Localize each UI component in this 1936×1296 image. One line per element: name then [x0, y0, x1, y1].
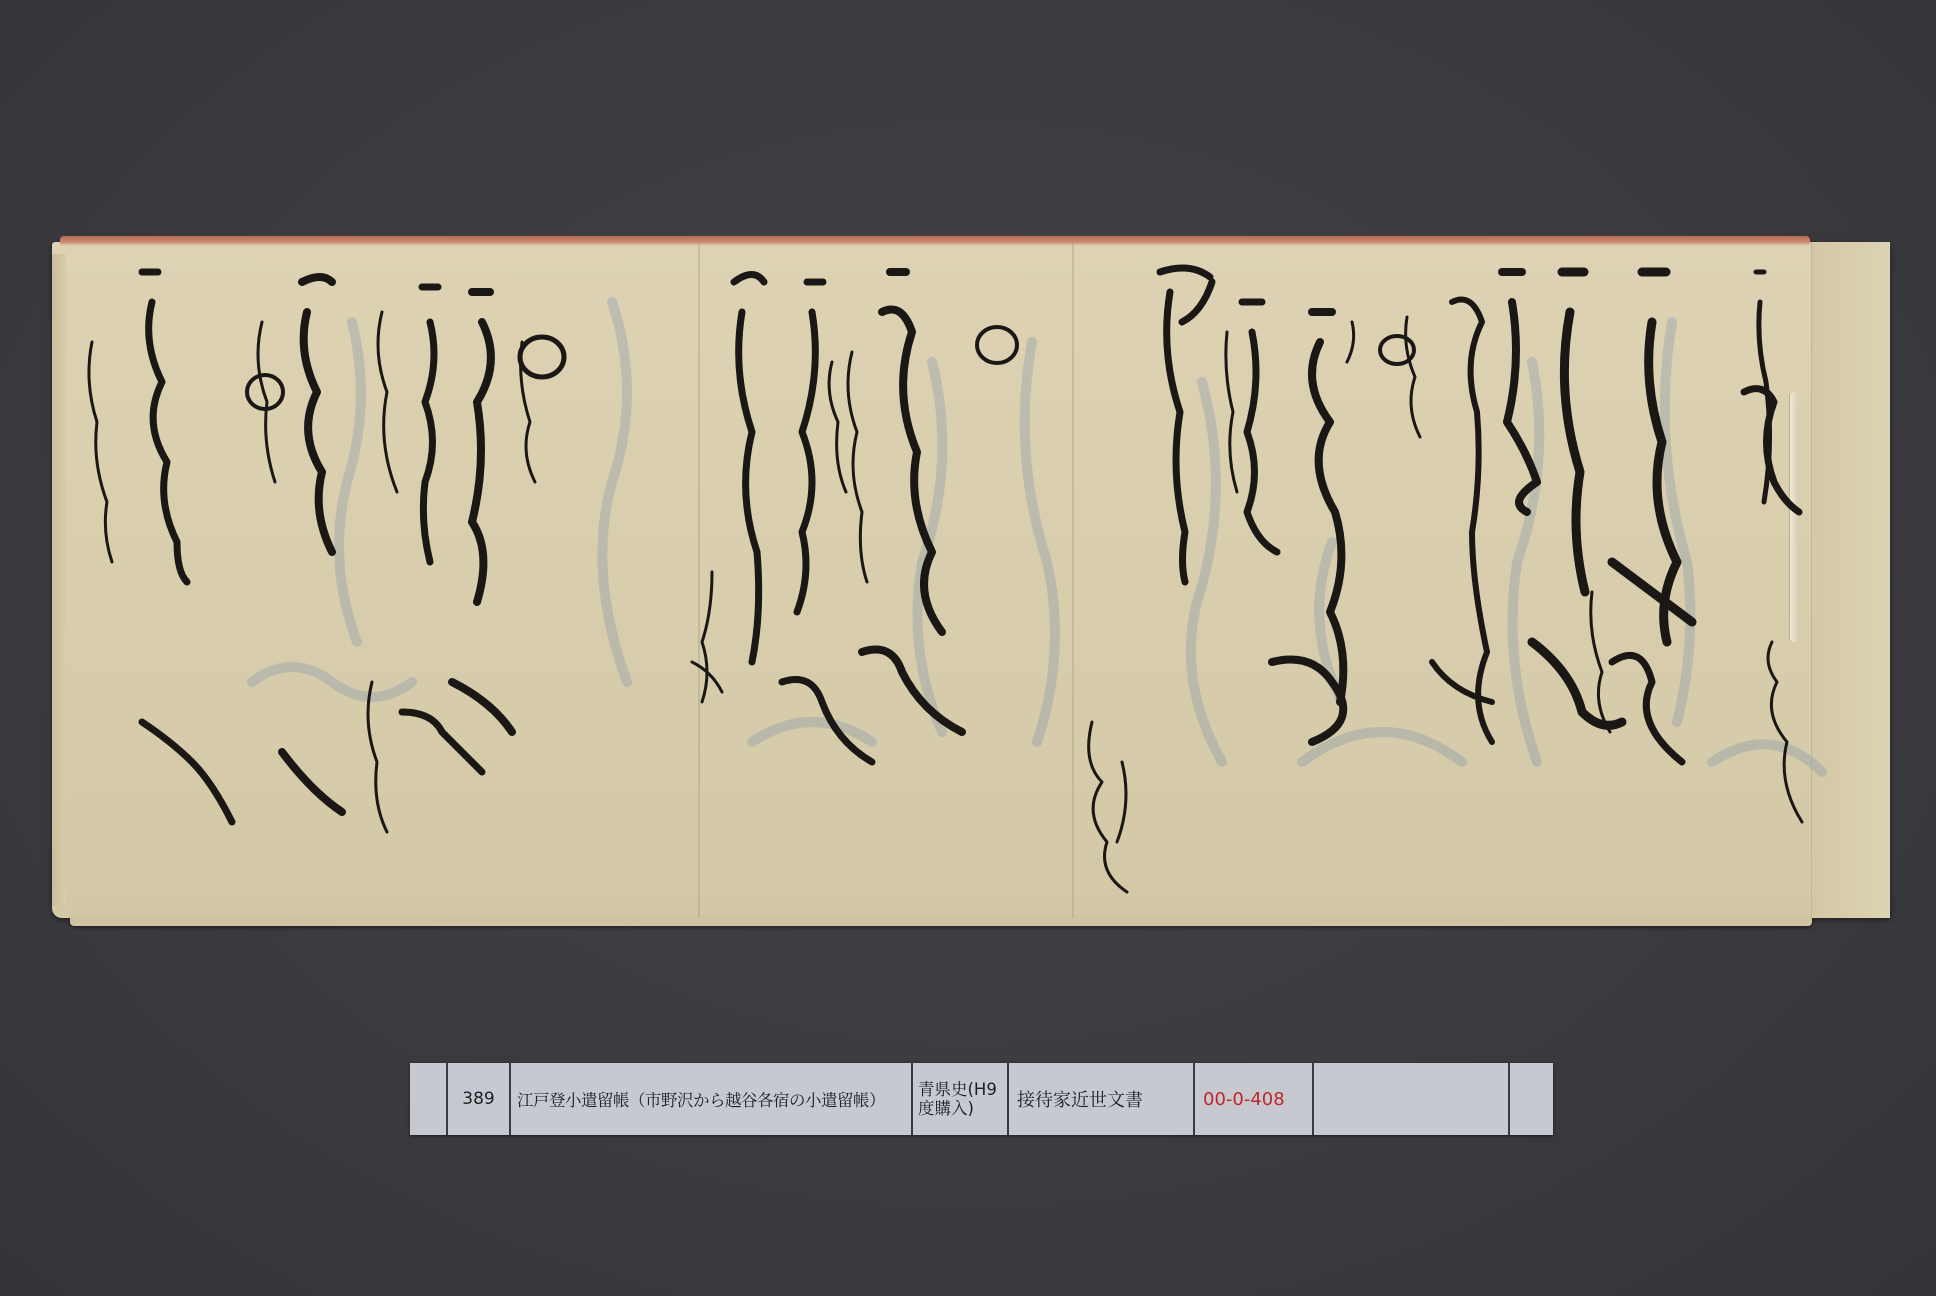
- calligraphy-ink: [52, 242, 1890, 918]
- label-blank-cell: [1510, 1063, 1553, 1135]
- label-number: 389: [448, 1063, 511, 1135]
- manuscript-paper: [52, 242, 1890, 918]
- label-source: 青県史(H9 度購入): [913, 1063, 1009, 1135]
- label-blank-cell: [1314, 1063, 1510, 1135]
- catalog-label: 389 江戸登小遣留帳（市野沢から越谷各宿の小遣留帳） 青県史(H9 度購入) …: [410, 1063, 1553, 1135]
- label-collection: 接待家近世文書: [1009, 1063, 1195, 1135]
- label-source-line-1: 青県史(H9: [918, 1080, 997, 1099]
- label-title: 江戸登小遣留帳（市野沢から越谷各宿の小遣留帳）: [511, 1063, 913, 1135]
- label-blank-cell: [410, 1063, 448, 1135]
- label-code: 00-0-408: [1195, 1063, 1314, 1135]
- label-source-line-2: 度購入): [918, 1099, 974, 1118]
